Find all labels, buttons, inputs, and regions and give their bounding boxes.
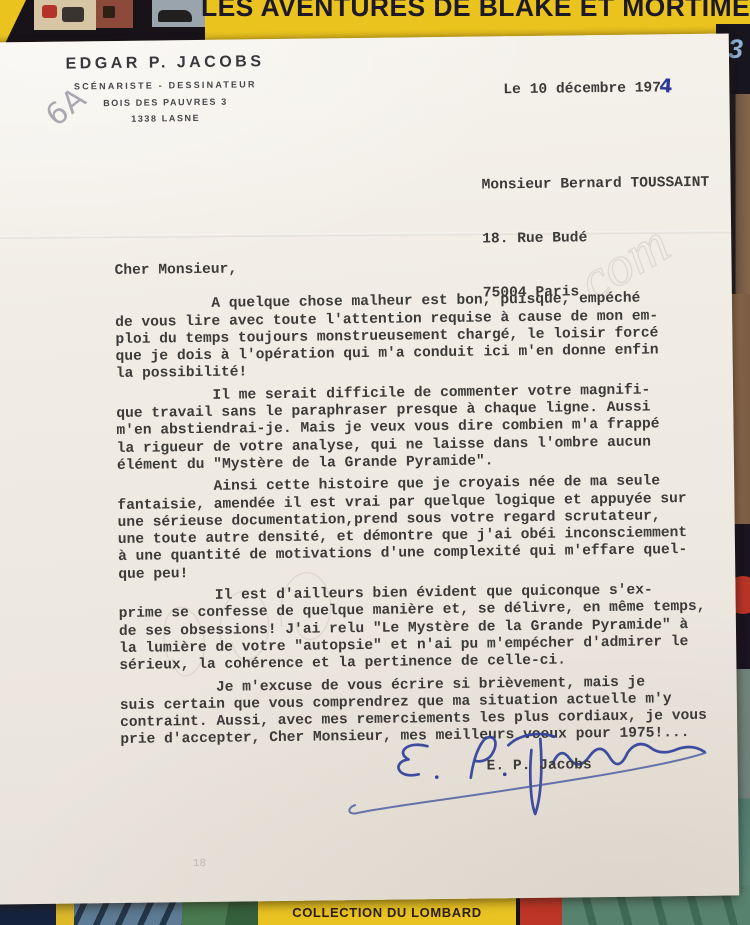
signature-dot — [435, 775, 439, 779]
paragraph: Ainsi cette histoire que je croyais née … — [117, 473, 705, 584]
signature-flourish — [283, 726, 725, 861]
signature-name-script — [508, 734, 554, 745]
photo-backdrop: LES AVENTURES DE BLAKE ET MORTIMER 3 COL… — [0, 0, 750, 925]
comic-art-shape — [42, 5, 57, 18]
letter-paper: 6A EDGAR P. JACOBS SCÉNARISTE - DESSINAT… — [0, 33, 739, 904]
paragraph: Il est d'ailleurs bien évident que quico… — [118, 582, 706, 676]
date-typed: Le 10 décembre 197 — [503, 80, 661, 98]
faint-pencil-mark: 18 — [193, 858, 206, 870]
comic-panel-thumbnail — [152, 0, 205, 27]
letter-body: Cher Monsieur, A quelque chose malheur e… — [114, 256, 707, 755]
letterhead-address-line1: BOIS DES PAUVRES 3 — [55, 96, 275, 109]
letterhead: EDGAR P. JACOBS SCÉNARISTE - DESSINATEUR… — [55, 53, 276, 125]
letterhead-name: EDGAR P. JACOBS — [55, 53, 275, 74]
comic-panel-thumbnail — [96, 0, 133, 28]
comic-art-shape — [62, 7, 84, 22]
comic-art-shape — [158, 10, 192, 22]
comic-series-title: LES AVENTURES DE BLAKE ET MORTIMER — [201, 0, 750, 23]
letterhead-address-line2: 1338 LASNE — [56, 112, 276, 125]
signature-descender — [530, 739, 542, 814]
comic-art-shape — [103, 6, 115, 18]
signature-initial-e — [398, 745, 428, 776]
comic-footer-label: COLLECTION DU LOMBARD — [258, 905, 516, 920]
spine-number: 3 — [728, 34, 743, 65]
salutation: Cher Monsieur, — [114, 256, 701, 280]
paragraph: A quelque chose malheur est bon, puisque… — [115, 290, 703, 384]
typed-signature: E. P. Jacobs — [487, 757, 592, 774]
comic-panel-thumbnail — [34, 0, 96, 30]
date-handwritten-digit: 4 — [658, 75, 672, 98]
paragraph: Il me serait difficile de commenter votr… — [116, 382, 704, 476]
letterhead-role: SCÉNARISTE - DESSINATEUR — [55, 79, 275, 92]
recipient-line: Monsieur Bernard TOUSSAINT — [481, 174, 709, 195]
date-line: Le 10 décembre 1974 — [503, 74, 672, 98]
